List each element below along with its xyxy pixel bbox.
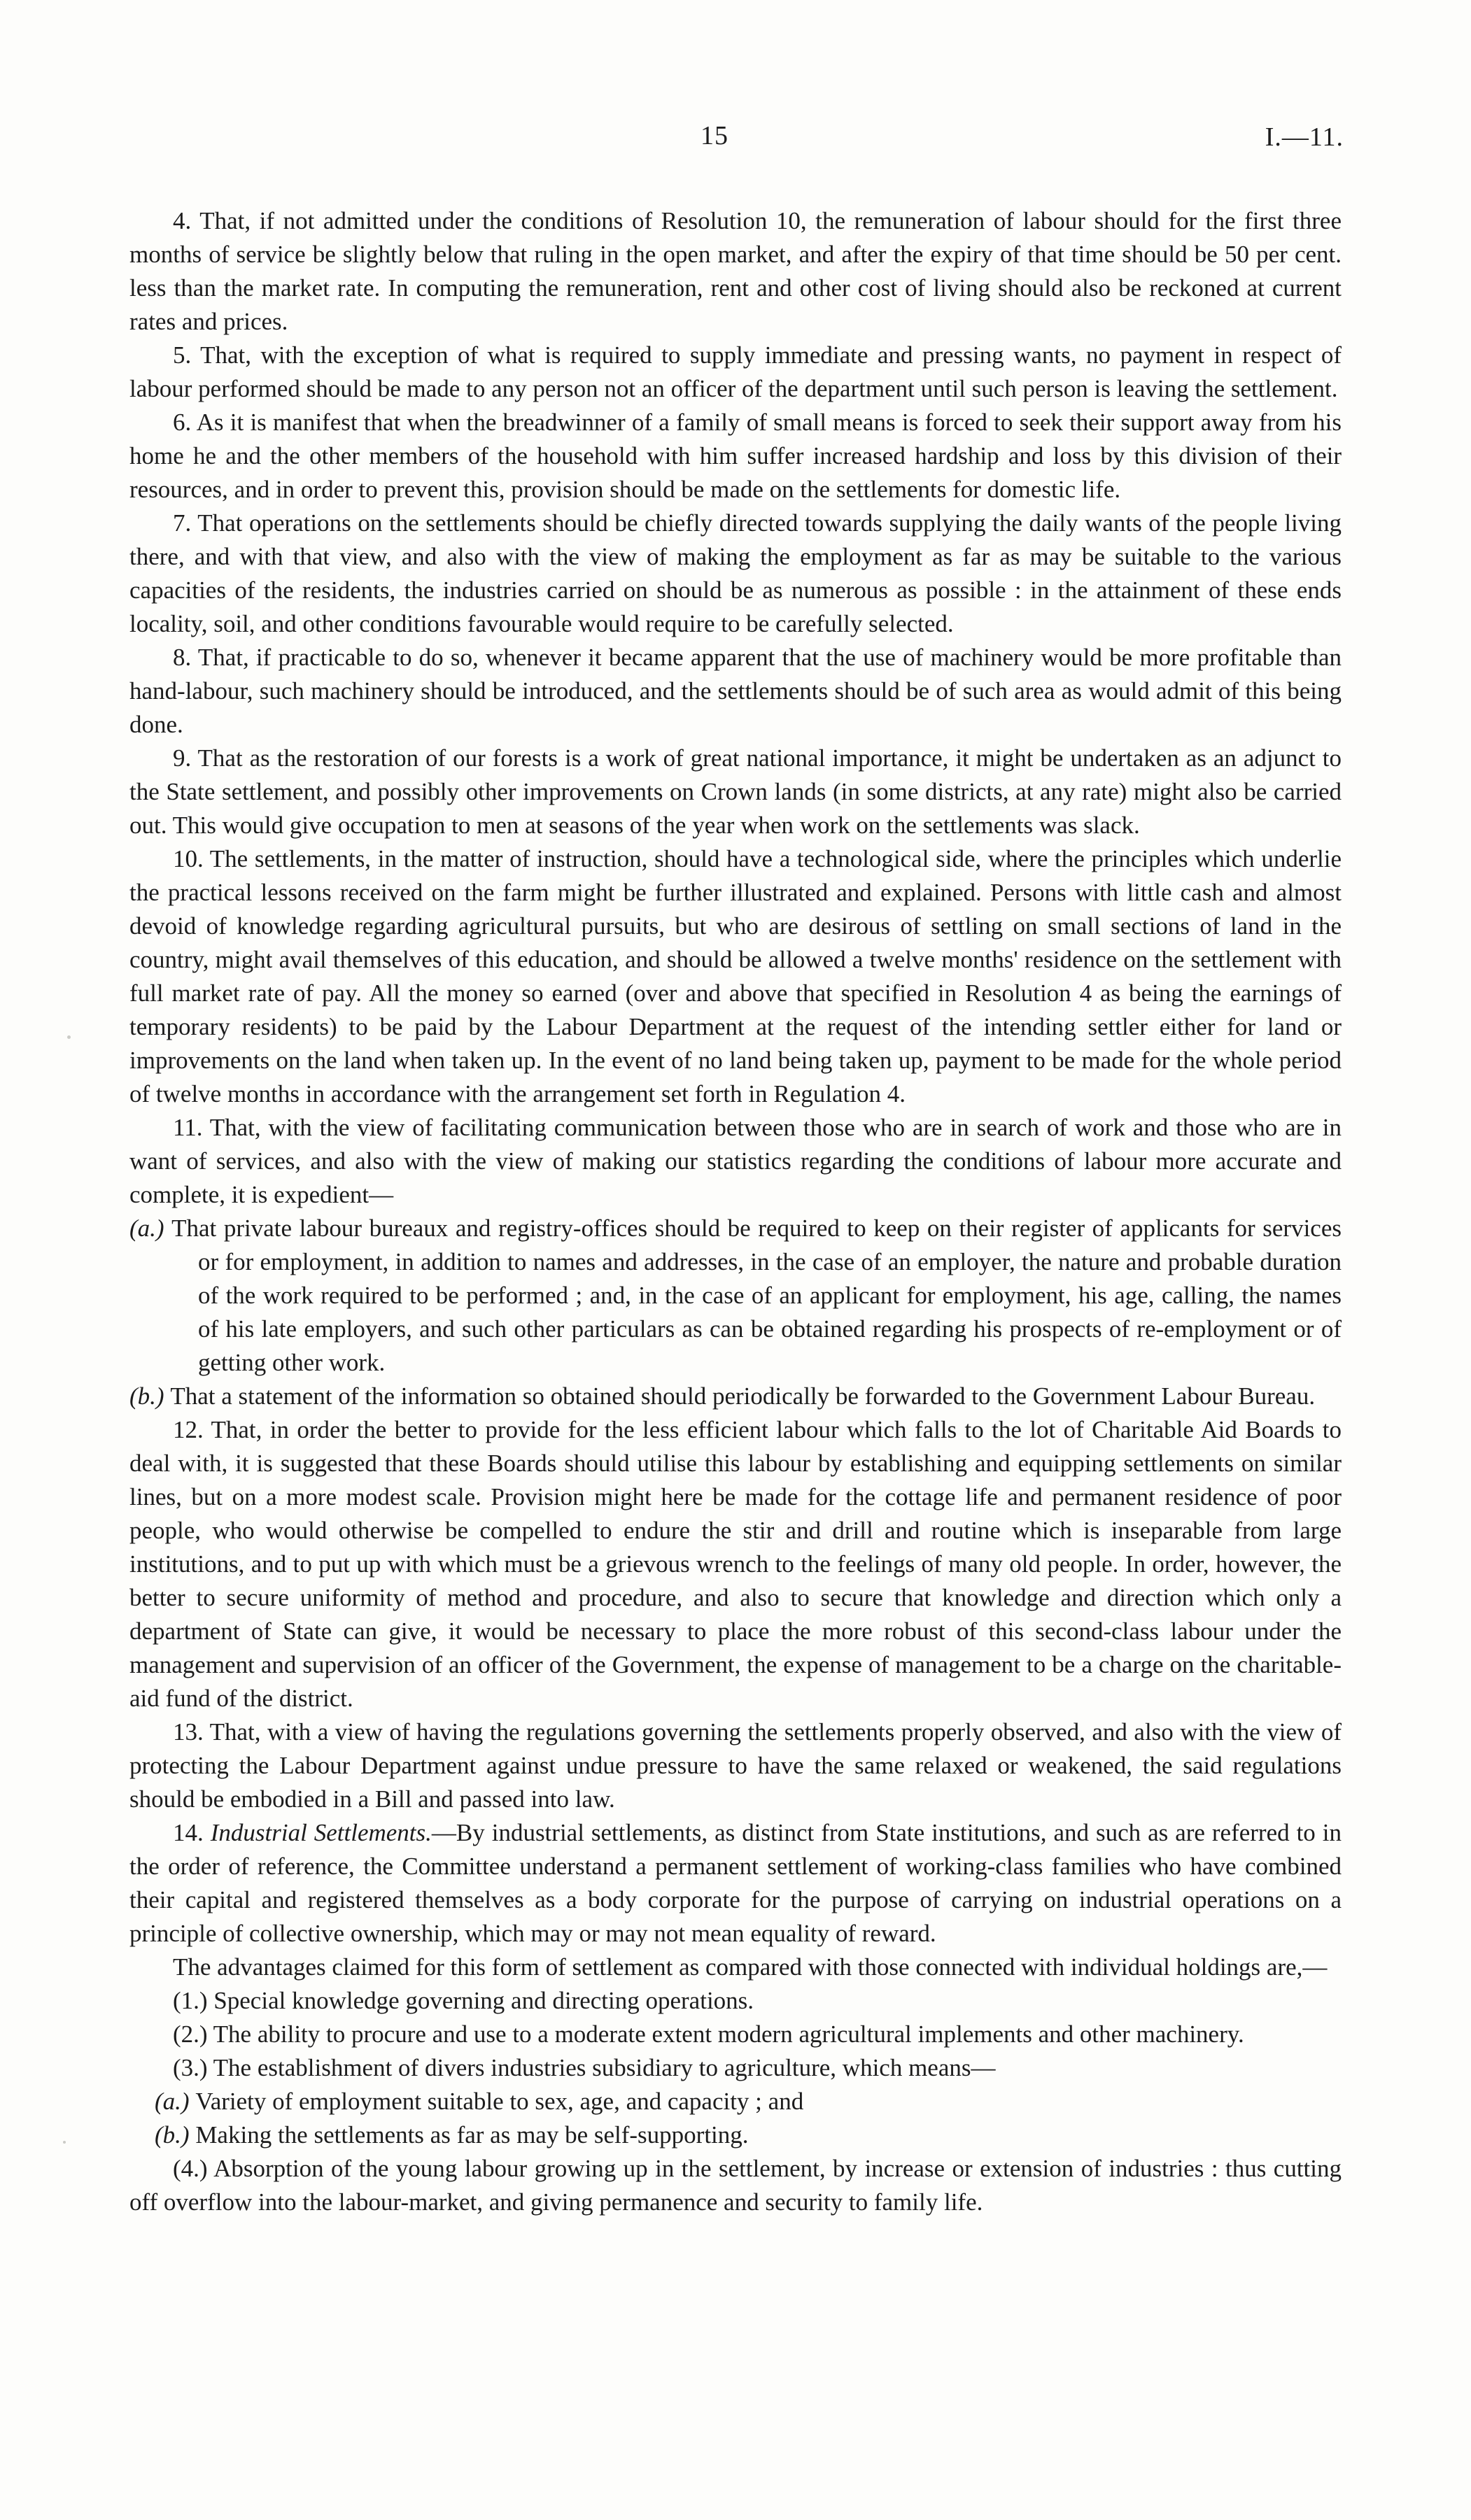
paragraph: 9. That as the restoration of our forest… (129, 742, 1342, 842)
paragraph: 8. That, if practicable to do so, whenev… (129, 641, 1342, 742)
paragraph: (b.) That a statement of the information… (129, 1380, 1342, 1413)
list-marker: (a.) (129, 1215, 171, 1242)
paragraph: 6. As it is manifest that when the bread… (129, 406, 1342, 507)
italic-heading: Industrial Settlements. (211, 1819, 432, 1846)
paragraph: 12. That, in order the better to provide… (129, 1413, 1342, 1715)
paragraph: (3.) The establishment of divers industr… (129, 2051, 1342, 2085)
document-page: 15 I.—11. 4. That, if not admitted under… (0, 0, 1471, 2520)
paragraph: (a.) Variety of employment suitable to s… (129, 2085, 1342, 2118)
paragraph: 4. That, if not admitted under the condi… (129, 204, 1342, 339)
paragraph: The advantages claimed for this form of … (129, 1951, 1342, 1984)
paragraph: 13. That, with a view of having the regu… (129, 1715, 1342, 1816)
paragraph: (1.) Special knowledge governing and dir… (129, 1984, 1342, 2018)
list-marker: (a.) (155, 2088, 195, 2115)
paragraph: 7. That operations on the settlements sh… (129, 507, 1342, 641)
paragraph: (2.) The ability to procure and use to a… (129, 2018, 1342, 2051)
paragraph: 10. The settlements, in the matter of in… (129, 842, 1342, 1111)
paper-reference: I.—11. (1265, 122, 1344, 153)
paragraph: (4.) Absorption of the young labour grow… (129, 2152, 1342, 2219)
scan-speck (63, 2141, 66, 2144)
paragraph: (a.) That private labour bureaux and reg… (129, 1212, 1342, 1380)
paragraph: 5. That, with the exception of what is r… (129, 339, 1342, 406)
list-marker: (b.) (155, 2121, 195, 2149)
page-number: 15 (0, 120, 1429, 151)
scan-speck (67, 1035, 71, 1039)
document-body: 4. That, if not admitted under the condi… (0, 204, 1471, 2219)
paragraph: (b.) Making the settlements as far as ma… (129, 2118, 1342, 2152)
list-marker: (b.) (129, 1382, 170, 1410)
paragraph: 14. Industrial Settlements.—By industria… (129, 1816, 1342, 1951)
page-header: 15 I.—11. (0, 0, 1471, 161)
paragraph: 11. That, with the view of facilitating … (129, 1111, 1342, 1212)
